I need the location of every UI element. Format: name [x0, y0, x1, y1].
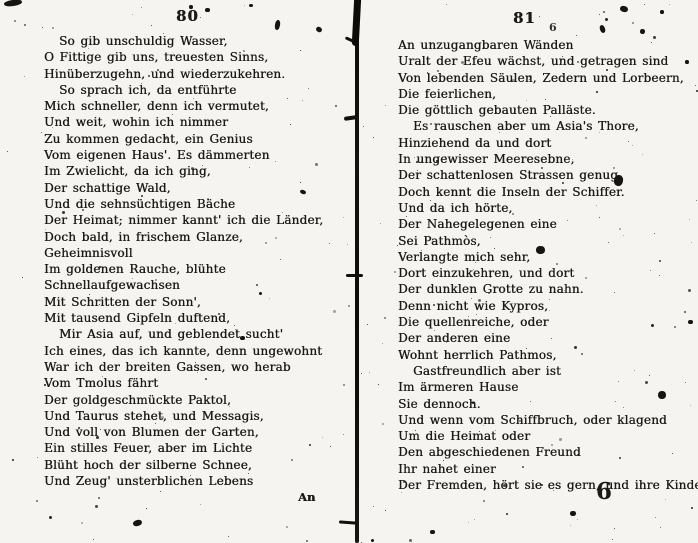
ink-speck: [249, 167, 250, 168]
ink-speck: [24, 76, 25, 77]
ink-speck: [300, 182, 301, 183]
poem-line: Im ärmeren Hause: [398, 379, 693, 395]
ink-speck: [572, 159, 573, 160]
poem-line: Mich schneller, denn ich vermutet,: [44, 98, 349, 114]
binding-gutter: [355, 0, 359, 543]
ink-blob: [536, 246, 545, 254]
ink-speck: [608, 242, 609, 243]
poem-line: Der anderen eine: [398, 330, 693, 346]
ink-speck: [118, 171, 119, 172]
ink-speck: [385, 105, 386, 106]
ink-speck: [132, 14, 133, 15]
poem-line: Mit Schritten der Sonn',: [44, 294, 349, 310]
ink-speck: [503, 484, 506, 487]
ink-speck: [49, 516, 52, 519]
ink-speck: [235, 329, 236, 330]
ink-speck: [559, 438, 562, 441]
ink-blob: [660, 10, 664, 14]
ink-speck: [394, 271, 396, 273]
ink-speck: [577, 61, 579, 63]
ink-speck: [141, 195, 143, 197]
poem-line: Im goldenen Rauche, blühte: [44, 261, 349, 277]
ink-speck: [409, 273, 410, 274]
poem-line: Ihr nahet einer: [398, 461, 693, 477]
ink-blob: [189, 5, 193, 9]
ink-speck: [228, 536, 229, 537]
ink-speck: [382, 423, 384, 425]
ink-speck: [309, 444, 311, 446]
ink-blob: [4, 0, 23, 7]
ink-speck: [146, 508, 147, 509]
ink-speck: [654, 233, 655, 234]
ink-speck: [195, 362, 196, 363]
gutter-ink-tick: [346, 274, 363, 277]
poem-line: Und da ich hörte,: [398, 200, 693, 216]
ink-speck: [36, 500, 38, 502]
poem-line: Wohnt herrlich Pathmos,: [398, 347, 693, 363]
ink-speck: [161, 416, 164, 419]
ink-speck: [52, 27, 54, 29]
ink-speck: [644, 4, 645, 5]
ink-speck: [483, 500, 485, 502]
ink-speck: [494, 248, 495, 249]
ink-blob: [430, 530, 435, 534]
ink-speck: [541, 167, 543, 169]
ink-speck: [401, 492, 402, 493]
poem-line: Gastfreundlich aber ist: [398, 363, 693, 379]
poem-line: Hinziehend da und dort: [398, 135, 693, 151]
ink-speck: [244, 5, 245, 6]
ink-speck: [417, 170, 418, 171]
poem-line: Und weit, wohin ich nimmer: [44, 114, 349, 130]
ink-speck: [696, 200, 697, 201]
ink-blob: [599, 24, 606, 33]
ink-speck: [549, 299, 550, 300]
ink-speck: [382, 343, 383, 344]
ink-speck: [286, 526, 288, 528]
ink-speck: [674, 326, 676, 328]
ink-speck: [275, 237, 277, 239]
poem-line: Ein stilles Feuer, aber im Lichte: [44, 440, 349, 456]
ink-speck: [540, 291, 542, 293]
poem-line: Hinüberzugehn, und wiederzukehren.: [44, 66, 349, 82]
ink-speck: [14, 20, 16, 22]
page-number-left: 80: [176, 7, 199, 25]
poem-line: Es rauschen aber um Asia's Thore,: [398, 118, 693, 134]
poem-line: Der goldgeschmückte Paktol,: [44, 392, 349, 408]
ink-speck: [234, 325, 235, 326]
ink-speck: [472, 402, 474, 404]
ink-speck: [511, 257, 512, 258]
ink-speck: [461, 61, 464, 64]
ink-speck: [632, 22, 634, 24]
ink-speck: [42, 27, 43, 28]
ink-speck: [348, 305, 350, 307]
poem-line: Denn nicht wie Kypros,: [398, 298, 693, 314]
poem-line: Ich eines, das ich kannte, denn ungewohn…: [44, 343, 349, 359]
ink-speck: [665, 499, 666, 500]
ink-blob: [619, 5, 628, 13]
ink-speck: [576, 35, 577, 36]
ink-speck: [37, 457, 38, 458]
ink-speck: [157, 69, 159, 71]
ink-speck: [93, 539, 94, 540]
poem-line: Blüht hoch der silberne Schnee,: [44, 457, 349, 473]
ink-speck: [446, 342, 447, 343]
ink-speck: [660, 421, 661, 422]
ink-speck: [691, 242, 692, 243]
ink-speck: [369, 372, 370, 373]
ink-speck: [172, 114, 173, 115]
ink-speck: [82, 209, 84, 211]
ink-speck: [62, 211, 65, 214]
ink-speck: [438, 337, 441, 340]
poem-line: Doch bald, in frischem Glanze,: [44, 229, 349, 245]
ink-speck: [91, 467, 93, 469]
poem-line: Um die Heimat oder: [398, 428, 693, 444]
ink-speck: [385, 510, 386, 511]
poem-line: Und voll von Blumen der Garten,: [44, 424, 349, 440]
poem-line: Zu kommen gedacht, ein Genius: [44, 131, 349, 147]
ink-speck: [525, 325, 526, 326]
ink-speck: [530, 401, 531, 402]
poem-line: Und Taurus stehet, und Messagis,: [44, 408, 349, 424]
ink-speck: [193, 98, 194, 99]
ink-speck: [612, 174, 613, 175]
right-page-poem: An unzugangbaren WändenUralt der Efeu wä…: [398, 37, 693, 493]
signature-mark: 6: [596, 478, 612, 505]
ink-speck: [606, 69, 608, 71]
ink-speck: [380, 223, 381, 224]
ink-blob: [685, 60, 689, 64]
poem-line: Schnellaufgewachsen: [44, 277, 349, 293]
show-through-mark: 6: [549, 21, 557, 34]
poem-line: Und wenn vom Schiffbruch, oder klagend: [398, 412, 693, 428]
book-scan: 80 So gib unschuldig Wasser,O Fittige gi…: [0, 0, 698, 543]
ink-speck: [373, 137, 374, 138]
ink-speck: [335, 105, 337, 107]
poem-line: Mit tausend Gipfeln duftend,: [44, 310, 349, 326]
ink-speck: [653, 36, 656, 39]
ink-speck: [695, 85, 696, 86]
poem-line: Der Fremden, hört sie es gern, und ihre …: [398, 477, 693, 493]
ink-speck: [12, 459, 14, 461]
poem-line: Den abgeschiedenen Freund: [398, 444, 693, 460]
ink-speck: [302, 100, 303, 101]
ink-speck: [306, 540, 308, 542]
ink-speck: [132, 278, 133, 279]
ink-speck: [612, 539, 613, 540]
poem-line: Und die sehnsüchtigen Bäche: [44, 196, 349, 212]
poem-line: Die quellenreiche, oder: [398, 314, 693, 330]
ink-speck: [599, 14, 600, 15]
ink-speck: [402, 223, 403, 224]
ink-speck: [614, 528, 615, 529]
ink-speck: [526, 348, 527, 349]
poem-line: Geheimnisvoll: [44, 245, 349, 261]
poem-line: In ungewisser Meeresebne,: [398, 151, 693, 167]
poem-line: Der Heimat; nimmer kannt' ich die Länder…: [44, 212, 349, 228]
poem-line: Und Zeug' unsterblichen Lebens: [44, 473, 349, 489]
ink-speck: [373, 506, 374, 507]
ink-speck: [581, 353, 583, 355]
poem-line: Vom eigenen Haus'. Es dämmerten: [44, 147, 349, 163]
poem-line: Die göttlich gebauten Palläste.: [398, 102, 693, 118]
ink-blob: [570, 511, 576, 516]
ink-speck: [577, 519, 578, 520]
poem-line: Der dunklen Grotte zu nahn.: [398, 281, 693, 297]
ink-speck: [585, 277, 587, 279]
ink-speck: [300, 50, 301, 51]
poem-line: Von lebenden Säulen, Zedern und Lorbeern…: [398, 70, 693, 86]
ink-speck: [361, 373, 362, 374]
ink-speck: [248, 473, 249, 474]
ink-speck: [378, 384, 379, 385]
poem-line: Sei Pathmòs,: [398, 233, 693, 249]
ink-speck: [651, 324, 654, 327]
ink-speck: [506, 513, 508, 515]
ink-speck: [291, 459, 293, 461]
poem-line: So sprach ich, da entführte: [44, 82, 349, 98]
ink-speck: [539, 16, 540, 17]
ink-speck: [474, 519, 475, 520]
ink-speck: [400, 221, 401, 222]
ink-speck: [98, 497, 100, 499]
ink-speck: [155, 279, 157, 281]
ink-speck: [367, 324, 368, 325]
poem-line: Der Nahegelegenen eine: [398, 216, 693, 232]
poem-line: An unzugangbaren Wänden: [398, 37, 693, 53]
ink-speck: [488, 292, 490, 294]
poem-line: Dort einzukehren, und dort: [398, 265, 693, 281]
ink-speck: [315, 163, 318, 166]
poem-line: So gib unschuldig Wasser,: [44, 33, 349, 49]
ink-speck: [200, 17, 201, 18]
ink-blob: [205, 8, 210, 12]
ink-speck: [194, 328, 195, 329]
ink-speck: [259, 292, 262, 295]
left-page-poem: So gib unschuldig Wasser,O Fittige gib u…: [44, 33, 349, 489]
ink-blob: [658, 391, 666, 399]
ink-blob: [249, 4, 253, 7]
ink-blob: [240, 336, 245, 340]
ink-speck: [202, 165, 203, 166]
ink-blob: [274, 20, 281, 31]
ink-speck: [243, 50, 245, 52]
ink-speck: [669, 4, 670, 5]
ink-blob: [640, 29, 645, 34]
ink-speck: [371, 539, 374, 542]
ink-speck: [216, 136, 218, 138]
ink-speck: [427, 72, 428, 73]
ink-speck: [663, 77, 665, 79]
ink-speck: [660, 527, 661, 528]
poem-line: Die feierlichen,: [398, 86, 693, 102]
ink-speck: [265, 242, 267, 244]
ink-speck: [599, 217, 600, 218]
ink-speck: [52, 127, 53, 128]
ink-speck: [384, 317, 386, 319]
ink-speck: [499, 132, 500, 133]
ink-speck: [655, 517, 656, 518]
ink-speck: [7, 151, 8, 152]
ink-speck: [468, 522, 469, 523]
poem-line: O Fittige gib uns, treuesten Sinns,: [44, 49, 349, 65]
ink-blob: [132, 519, 142, 527]
ink-speck: [549, 310, 550, 311]
ink-speck: [160, 491, 161, 492]
ink-speck: [615, 401, 616, 402]
ink-speck: [24, 24, 26, 26]
ink-speck: [545, 99, 546, 100]
ink-speck: [618, 381, 619, 382]
ink-speck: [81, 522, 83, 524]
ink-speck: [409, 539, 412, 542]
ink-speck: [95, 505, 98, 508]
ink-speck: [645, 381, 648, 384]
ink-speck: [459, 207, 460, 208]
ink-speck: [200, 504, 201, 505]
ink-speck: [490, 237, 491, 238]
catchword: An: [298, 490, 315, 504]
ink-speck: [363, 126, 364, 127]
ink-speck: [218, 313, 220, 315]
ink-speck: [446, 4, 447, 5]
ink-speck: [269, 298, 270, 299]
ink-speck: [605, 18, 608, 21]
ink-speck: [225, 468, 226, 469]
ink-speck: [433, 304, 435, 306]
ink-speck: [436, 160, 438, 162]
ink-speck: [41, 132, 42, 133]
poem-line: Sie dennoch.: [398, 396, 693, 412]
ink-speck: [691, 507, 693, 509]
ink-speck: [44, 384, 46, 386]
ink-speck: [155, 423, 156, 424]
ink-speck: [445, 156, 446, 157]
ink-blob: [688, 320, 693, 324]
ink-speck: [361, 542, 362, 543]
poem-line: Vom Tmolus fährt: [44, 375, 349, 391]
ink-speck: [151, 25, 152, 26]
ink-speck: [570, 525, 571, 526]
poem-line: Der schattenlosen Strassen genug,: [398, 167, 693, 183]
ink-speck: [282, 212, 283, 213]
ink-speck: [659, 275, 660, 276]
ink-speck: [141, 7, 142, 8]
ink-speck: [333, 310, 336, 313]
page-number-right: 81: [513, 9, 536, 27]
ink-speck: [534, 160, 535, 161]
ink-speck: [290, 124, 291, 125]
poem-line: Im Zwielicht, da ich ging,: [44, 163, 349, 179]
poem-line: Doch kennt die Inseln der Schiffer.: [398, 184, 693, 200]
ink-speck: [256, 284, 258, 286]
ink-speck: [603, 11, 605, 13]
gutter-ink-tick: [339, 520, 356, 524]
poem-line: Uralt der Efeu wächst, und getragen sind: [398, 53, 693, 69]
poem-line: Mir Asia auf, und geblendet sucht': [44, 326, 349, 342]
ink-speck: [623, 235, 624, 236]
ink-speck: [22, 277, 23, 278]
poem-line: Verlangte mich sehr,: [398, 249, 693, 265]
ink-speck: [96, 436, 99, 439]
